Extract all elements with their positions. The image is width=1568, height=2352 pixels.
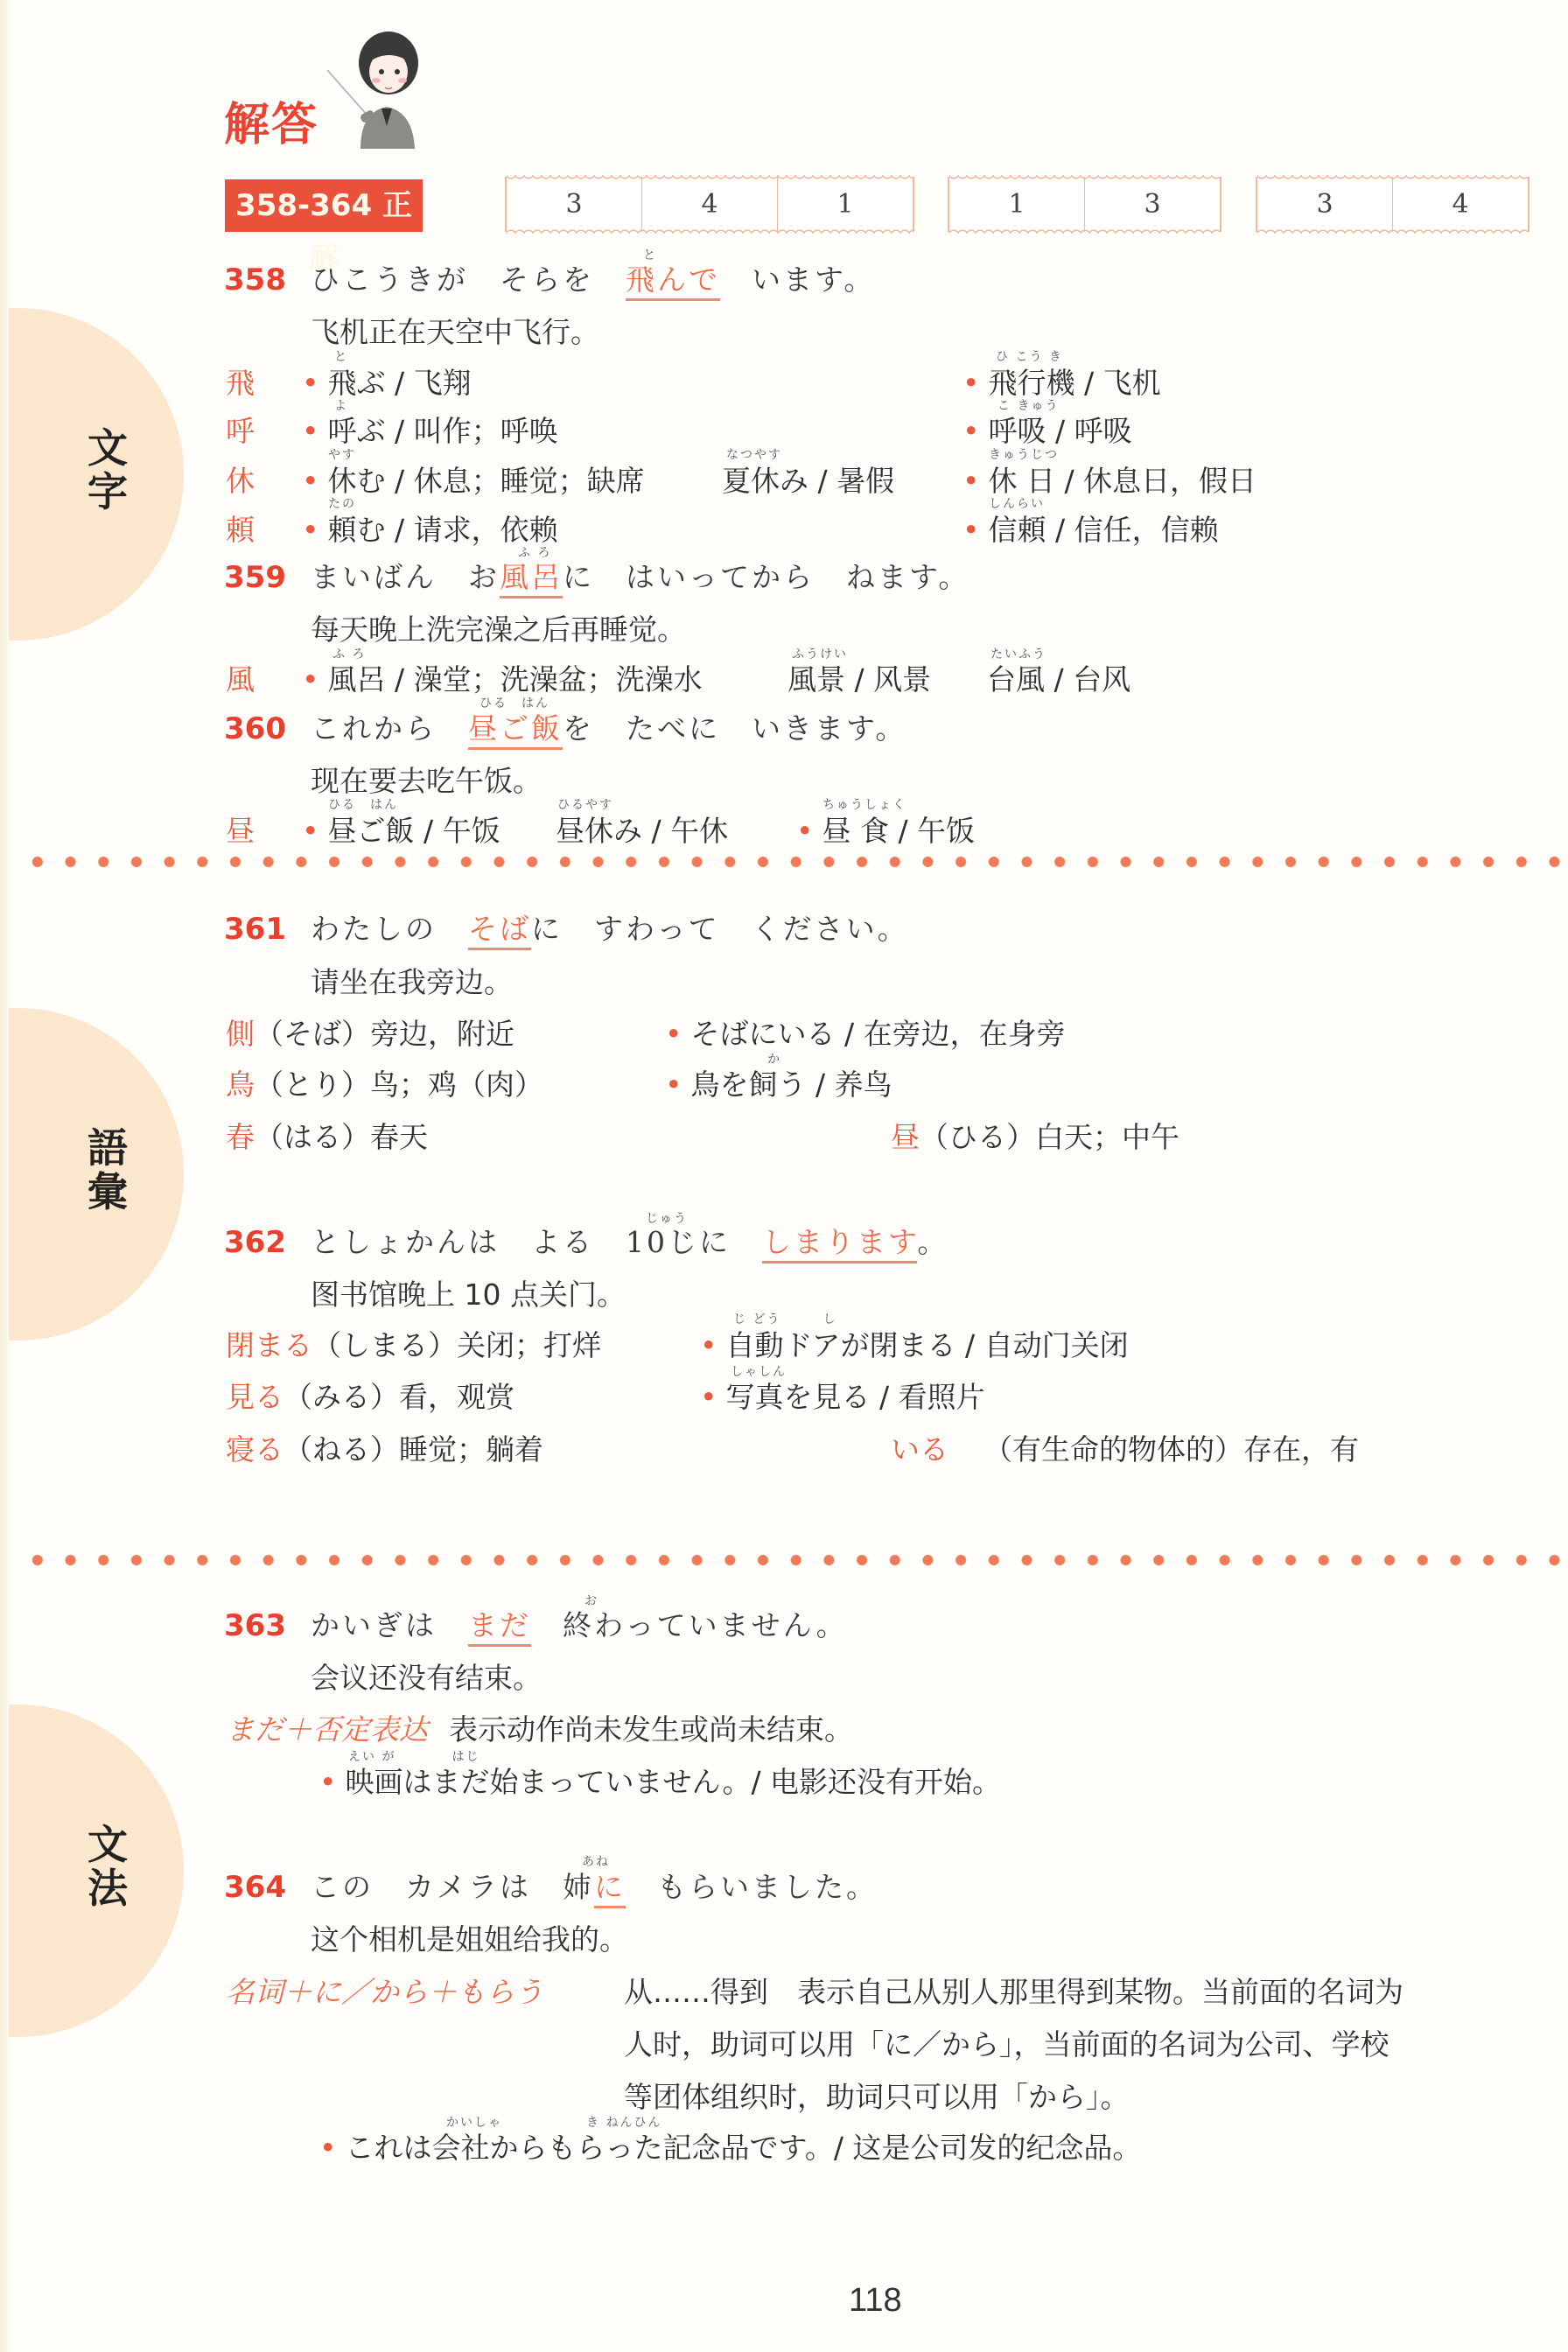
furigana: あね xyxy=(582,1855,610,1869)
page-number: 118 xyxy=(849,2282,901,2320)
answer-highlight: まだ xyxy=(468,1608,531,1647)
question-number: 360 xyxy=(224,711,286,746)
furigana: ひる はん xyxy=(479,696,549,710)
kanji-label: 風 xyxy=(226,662,255,697)
answer-group-1: 3 4 1 xyxy=(505,177,914,232)
furigana: ふうけい xyxy=(792,647,848,661)
vocab-item: •風呂 / 澡堂；洗澡盆；洗澡水 xyxy=(302,662,703,697)
vocab-item: 風景 / 风景 xyxy=(787,662,931,697)
vocab-item: •昼ご飯 / 午饭 xyxy=(302,814,500,849)
page-title: 解答 xyxy=(224,87,318,153)
question-number: 362 xyxy=(224,1225,286,1260)
answer-cell: 4 xyxy=(642,177,778,232)
vocab-example: •鳥を飼う / 养鸟 xyxy=(665,1067,892,1102)
kanji-label: 飛 xyxy=(226,366,255,401)
translation: 这个相机是姐姐给我的。 xyxy=(311,1922,628,1957)
furigana: ふ ろ xyxy=(518,546,551,560)
furigana: しんらい xyxy=(989,497,1045,511)
question-number: 359 xyxy=(224,560,286,595)
grammar-desc-line: 人时，助词可以用「に／から」，当前面的名词为公司、学校 xyxy=(624,2027,1389,2062)
translation: 飞机正在天空中飞行。 xyxy=(311,315,599,350)
furigana: えい が はじ xyxy=(348,1750,479,1764)
furigana: こ きゅう xyxy=(997,399,1059,413)
vocab-example: •そばにいる / 在旁边，在身旁 xyxy=(665,1017,1066,1052)
side-tab-label: 文字 xyxy=(86,426,129,514)
translation: 会议还没有结束。 xyxy=(311,1661,542,1696)
answer-highlight: に xyxy=(594,1870,626,1908)
kanji-label: 頼 xyxy=(226,513,255,548)
furigana: なつやす xyxy=(726,448,782,462)
answer-group-3: 3 4 xyxy=(1256,177,1529,232)
question-sentence: ひこうきが そらを 飛んで います。 xyxy=(311,262,875,297)
grammar-example: •映画はまだ始まっていません。/ 电影还没有开始。 xyxy=(319,1765,1001,1800)
vocab-row: 側（そば）旁边，附近 xyxy=(226,1017,514,1052)
question-sentence: これから 昼ご飯を たべに いきます。 xyxy=(311,711,906,746)
question-number: 361 xyxy=(224,912,286,947)
answer-cell: 1 xyxy=(778,177,913,232)
teacher-illustration-icon xyxy=(325,17,430,149)
kanji-label: 呼 xyxy=(226,414,255,449)
furigana: たの xyxy=(328,497,356,511)
question-number: 364 xyxy=(224,1870,286,1905)
answer-highlight: しまります xyxy=(762,1225,917,1263)
kanji-label: 昼 xyxy=(226,814,255,849)
vocab-item: 昼休み / 午休 xyxy=(556,814,728,849)
translation: 图书馆晚上 10 点关门。 xyxy=(311,1277,626,1312)
vocab-row: いる（有生命的物体的）存在，有 xyxy=(891,1432,1359,1467)
grammar-desc-line: 等团体组织时，助词只可以用「から」。 xyxy=(624,2080,1130,2115)
dotted-divider xyxy=(21,1554,1561,1566)
side-tab-label: 語彙 xyxy=(86,1126,129,1214)
question-number: 358 xyxy=(224,262,286,297)
question-sentence: まいばん お風呂に はいってから ねます。 xyxy=(311,560,969,595)
answer-cell: 4 xyxy=(1393,177,1528,232)
furigana: やす xyxy=(328,448,356,462)
vocab-item: •休 日 / 休息日，假日 xyxy=(962,464,1256,499)
vocab-item: •呼吸 / 呼吸 xyxy=(962,414,1132,449)
furigana: と xyxy=(334,350,348,364)
furigana: ふ ろ xyxy=(332,647,366,661)
furigana: きゅうじつ xyxy=(989,448,1059,462)
vocab-item: •頼む / 请求，依赖 xyxy=(302,513,558,548)
answer-cell: 3 xyxy=(1257,177,1393,232)
answer-range-badge: 358-364 正解 xyxy=(225,179,423,232)
grammar-point: まだ＋否定表达表示动作尚未发生或尚未结束。 xyxy=(226,1712,853,1747)
vocab-row: 寝る（ねる）睡觉；躺着 xyxy=(226,1432,543,1467)
furigana: か xyxy=(767,1053,781,1067)
vocab-item: •飛行機 / 飞机 xyxy=(962,366,1161,401)
vocab-row: 昼（ひる）白天；中午 xyxy=(891,1120,1179,1155)
vocab-item: 夏休み / 暑假 xyxy=(722,464,894,499)
grammar-label: 名词＋に／から＋もらう xyxy=(226,1975,543,2010)
vocab-row: 閉まる（しまる）关闭；打烊 xyxy=(226,1328,601,1363)
furigana: お xyxy=(584,1594,598,1608)
vocab-example: •自動ドアが閉まる / 自动门关闭 xyxy=(700,1328,1129,1363)
grammar-desc-line: 从……得到 表示自己从别人那里得到某物。当前面的名词为 xyxy=(624,1975,1403,2010)
answer-highlight: そば xyxy=(468,912,531,950)
grammar-example: •これは会社からもらった記念品です。/ 这是公司发的纪念品。 xyxy=(319,2131,1141,2166)
side-tab-moji: 文字 xyxy=(9,308,184,640)
question-sentence: かいぎは まだ 終わっていません。 xyxy=(311,1608,848,1643)
furigana: ひ こう き xyxy=(996,350,1063,364)
answer-group-2: 1 3 xyxy=(948,177,1221,232)
vocab-row: 鳥（とり）鸟；鸡（肉） xyxy=(226,1067,543,1102)
side-tab-label: 文法 xyxy=(86,1823,129,1910)
furigana: かいしゃ き ねんひん xyxy=(446,2116,661,2130)
answer-highlight: 風呂 xyxy=(500,560,563,598)
kanji-label: 休 xyxy=(226,464,255,499)
furigana: じ どう し xyxy=(733,1312,836,1326)
furigana: しゃしん xyxy=(731,1365,787,1379)
furigana: ひる はん xyxy=(328,798,398,812)
furigana: たいふう xyxy=(990,647,1046,661)
furigana: ちゅうしょく xyxy=(822,798,906,812)
answer-cell: 3 xyxy=(507,177,642,232)
furigana: じゅう xyxy=(646,1212,688,1226)
vocab-example: •写真を見る / 看照片 xyxy=(700,1380,985,1415)
question-sentence: この カメラは 姉に もらいました。 xyxy=(311,1870,878,1905)
furigana: ひるやす xyxy=(557,798,613,812)
vocab-item: •呼ぶ / 叫作；呼唤 xyxy=(302,414,558,449)
question-sentence: としょかんは よる 10じに しまります。 xyxy=(311,1225,948,1260)
furigana: と xyxy=(643,248,657,262)
translation: 现在要去吃午饭。 xyxy=(311,764,542,799)
translation: 每天晚上洗完澡之后再睡觉。 xyxy=(311,612,686,647)
side-tab-bunpo: 文法 xyxy=(9,1704,184,2037)
question-number: 363 xyxy=(224,1608,286,1643)
vocab-item: •休む / 休息；睡觉；缺席 xyxy=(302,464,645,499)
dotted-divider xyxy=(21,856,1561,868)
vocab-row: 見る（みる）看，观赏 xyxy=(226,1380,514,1415)
answer-cell: 1 xyxy=(949,177,1085,232)
vocab-row: 春（はる）春天 xyxy=(226,1120,428,1155)
vocab-item: •信頼 / 信任，信赖 xyxy=(962,513,1219,548)
vocab-item: 台風 / 台风 xyxy=(987,662,1130,697)
answer-highlight: 飛んで xyxy=(626,262,720,301)
answer-highlight: 昼ご飯 xyxy=(468,711,563,750)
question-sentence: わたしの そばに すわって ください。 xyxy=(311,912,909,947)
vocab-item: •飛ぶ / 飞翔 xyxy=(302,366,472,401)
translation: 请坐在我旁边。 xyxy=(311,965,513,1000)
side-tab-goi: 語彙 xyxy=(9,1008,184,1340)
furigana: よ xyxy=(334,399,348,413)
answer-cell: 3 xyxy=(1085,177,1220,232)
vocab-item: •昼 食 / 午饭 xyxy=(796,814,975,849)
